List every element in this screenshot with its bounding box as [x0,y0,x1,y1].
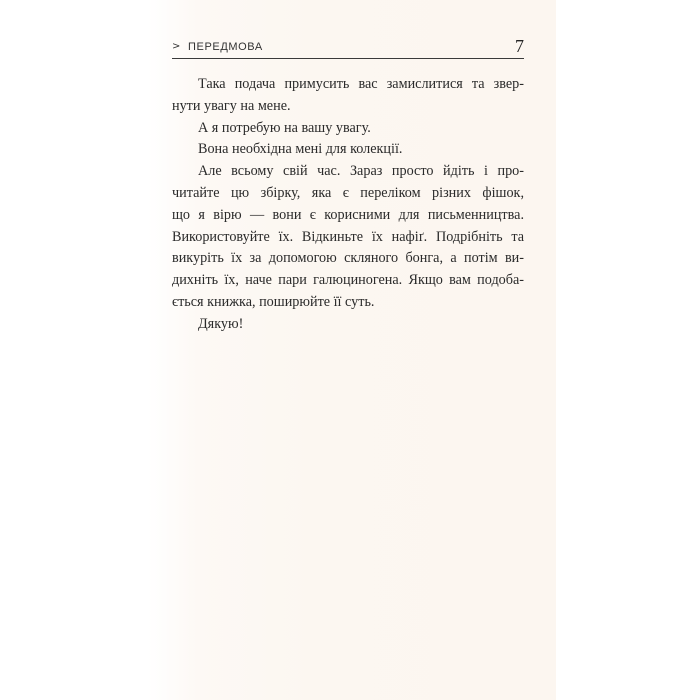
text-line: що я вірю — вони є корисними для письмен… [172,205,524,227]
running-header: > ПЕРЕДМОВА 7 [172,38,524,59]
text-line: Дякую! [172,314,524,336]
text-line: А я потребую на вашу увагу. [172,118,524,140]
text-line: Використовуйте їх. Відкиньте їх нафіґ. П… [172,227,524,249]
text-line: викуріть їх за допомогою скляного бонга,… [172,248,524,270]
text-line: нути увагу на мене. [172,96,524,118]
arrow-icon: > [172,41,180,52]
text-line: Така подача примусить вас замислитися та… [172,74,524,96]
text-line: Але всьому свій час. Зараз просто йдіть … [172,161,524,183]
section-title: ПЕРЕДМОВА [188,41,263,53]
text-line: читайте цю збірку, яка є переліком різни… [172,183,524,205]
text-line: ється книжка, поширюйте її суть. [172,292,524,314]
body-text: Така подача примусить вас замислитися та… [172,74,524,336]
text-line: Вона необхідна мені для колекції. [172,139,524,161]
text-line: дихніть їх, наче пари галюциногена. Якщо… [172,270,524,292]
page-number: 7 [515,36,524,57]
